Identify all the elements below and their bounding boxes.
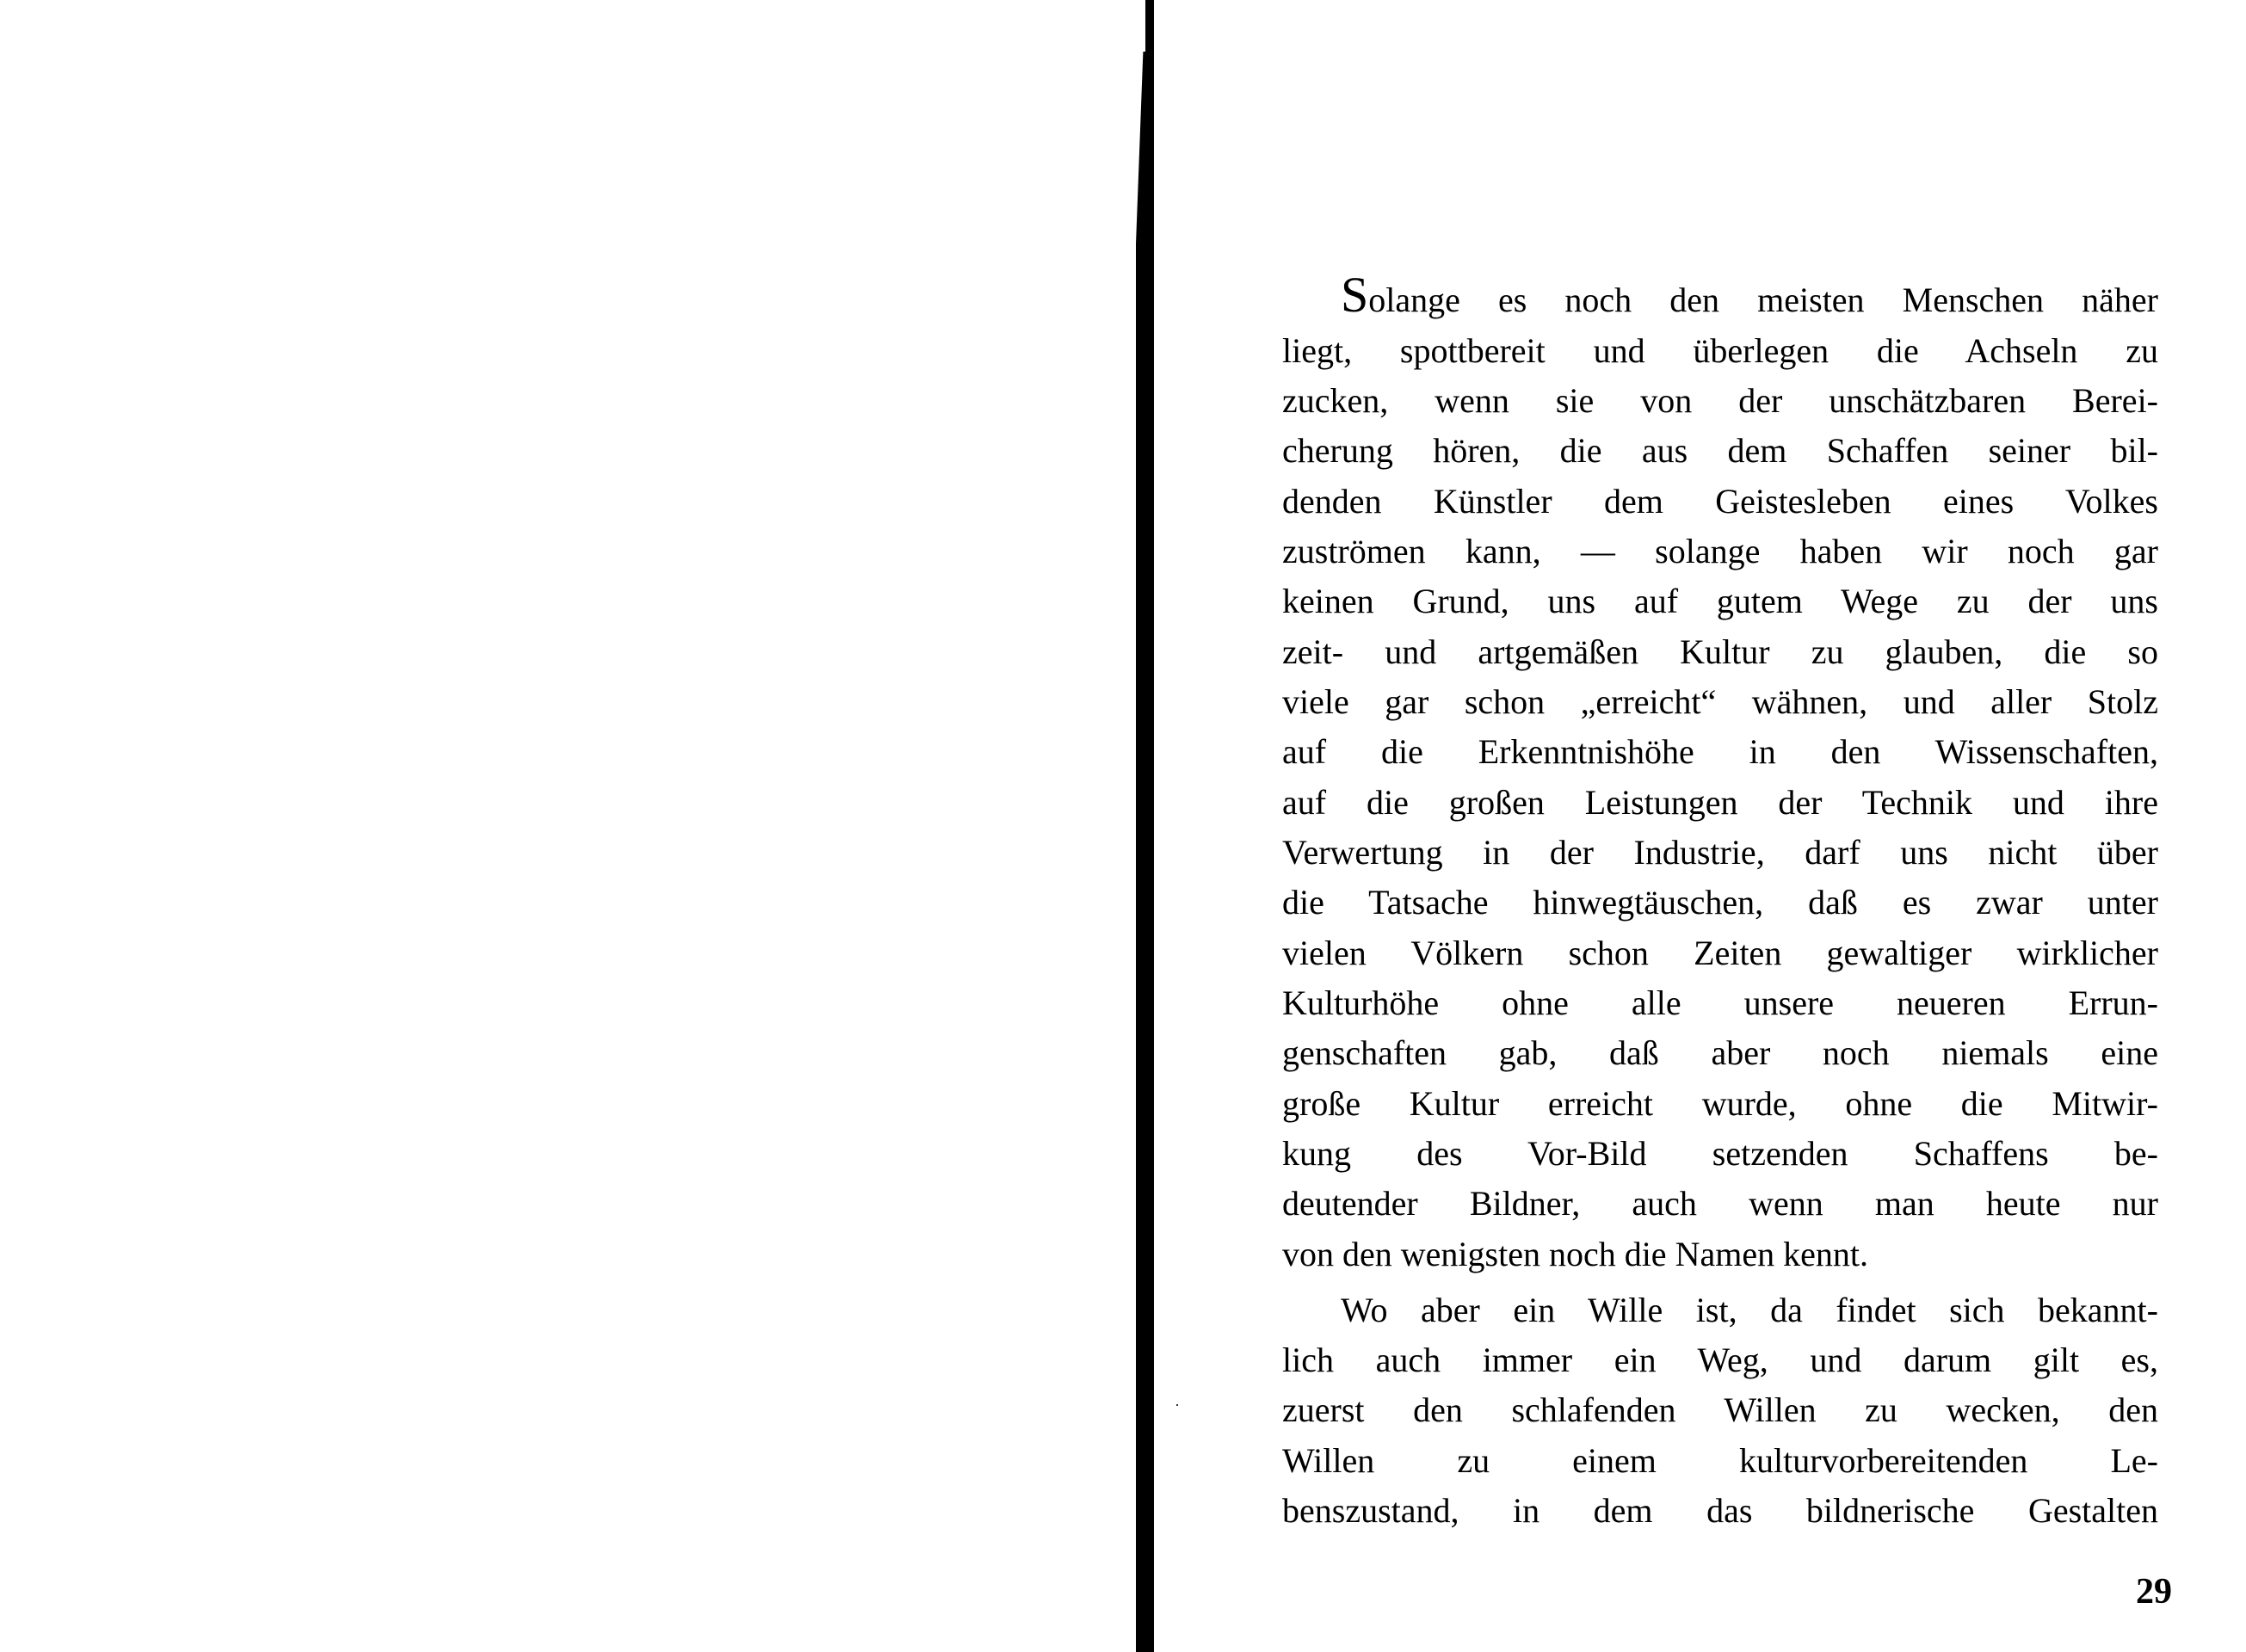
text-line: zucken, wenn sie von der unschätzbaren B… xyxy=(1282,376,2158,426)
left-page-blank xyxy=(0,0,1136,1652)
paper-speck xyxy=(1176,1404,1178,1406)
line-text: keinen Grund, uns auf gutem Wege zu der … xyxy=(1282,582,2158,620)
text-line: lich auch immer ein Weg, und darum gilt … xyxy=(1282,1335,2158,1385)
text-line: benszustand, in dem das bildnerische Ges… xyxy=(1282,1486,2158,1536)
text-line: viele gar schon „erreicht“ wähnen, und a… xyxy=(1282,677,2158,727)
text-line: keinen Grund, uns auf gutem Wege zu der … xyxy=(1282,576,2158,626)
line-text: zuerst den schlafenden Willen zu wecken,… xyxy=(1282,1390,2158,1429)
line-text: vielen Völkern schon Zeiten gewaltiger w… xyxy=(1282,934,2158,972)
line-text: Willen zu einem kulturvorbereitenden Le- xyxy=(1282,1441,2158,1480)
line-text: zuströmen kann, — solange haben wir noch… xyxy=(1282,532,2158,570)
line-text: viele gar schon „erreicht“ wähnen, und a… xyxy=(1282,682,2158,721)
text-line: von den wenigsten noch die Namen kennt. xyxy=(1282,1230,2158,1279)
text-line: vielen Völkern schon Zeiten gewaltiger w… xyxy=(1282,928,2158,978)
text-line: zuerst den schlafenden Willen zu wecken,… xyxy=(1282,1385,2158,1435)
text-line: große Kultur erreicht wurde, ohne die Mi… xyxy=(1282,1079,2158,1129)
binding-gutter xyxy=(1145,0,1154,1652)
page-number: 29 xyxy=(2129,1571,2172,1612)
text-line: liegt, spottbereit und überlegen die Ach… xyxy=(1282,326,2158,376)
line-text: lich auch immer ein Weg, und darum gilt … xyxy=(1282,1341,2158,1379)
line-text: zucken, wenn sie von der unschätzbaren B… xyxy=(1282,381,2158,420)
line-text: olange es noch den meisten Menschen nähe… xyxy=(1368,280,2158,319)
line-text: zeit- und artgemäßen Kultur zu glauben, … xyxy=(1282,632,2158,671)
text-line: cherung hören, die aus dem Schaffen sein… xyxy=(1282,426,2158,476)
text-line: Wo aber ein Wille ist, da findet sich be… xyxy=(1282,1285,2158,1335)
text-line: genschaften gab, daß aber noch niemals e… xyxy=(1282,1028,2158,1078)
line-text: auf die großen Leistungen der Technik un… xyxy=(1282,783,2158,822)
line-text: auf die Erkenntnishöhe in den Wissenscha… xyxy=(1282,732,2158,771)
text-line: zeit- und artgemäßen Kultur zu glauben, … xyxy=(1282,627,2158,677)
line-text: große Kultur erreicht wurde, ohne die Mi… xyxy=(1282,1084,2158,1123)
line-text: Wo aber ein Wille ist, da findet sich be… xyxy=(1341,1291,2158,1329)
text-line: Willen zu einem kulturvorbereitenden Le- xyxy=(1282,1436,2158,1486)
text-line: Verwertung in der Industrie, darf uns ni… xyxy=(1282,828,2158,878)
text-line: auf die großen Leistungen der Technik un… xyxy=(1282,778,2158,828)
line-text: Verwertung in der Industrie, darf uns ni… xyxy=(1282,833,2158,872)
line-text: von den wenigsten noch die Namen kennt. xyxy=(1282,1235,1868,1273)
line-text: kung des Vor-Bild setzenden Schaffens be… xyxy=(1282,1134,2158,1173)
line-text: denden Künstler dem Geistesleben eines V… xyxy=(1282,482,2158,521)
line-text: deutender Bildner, auch wenn man heute n… xyxy=(1282,1184,2158,1223)
line-text: die Tatsache hinwegtäuschen, daß es zwar… xyxy=(1282,883,2158,922)
text-line: deutender Bildner, auch wenn man heute n… xyxy=(1282,1179,2158,1229)
line-text: benszustand, in dem das bildnerische Ges… xyxy=(1282,1491,2158,1530)
drop-capital: S xyxy=(1341,267,1368,323)
text-line: Kulturhöhe ohne alle unsere neueren Erru… xyxy=(1282,978,2158,1028)
text-line: zuströmen kann, — solange haben wir noch… xyxy=(1282,527,2158,576)
line-text: Kulturhöhe ohne alle unsere neueren Erru… xyxy=(1282,983,2158,1022)
text-line: Solange es noch den meisten Menschen näh… xyxy=(1282,275,2158,325)
text-line: auf die Erkenntnishöhe in den Wissenscha… xyxy=(1282,727,2158,777)
line-text: liegt, spottbereit und überlegen die Ach… xyxy=(1282,331,2158,370)
line-text: cherung hören, die aus dem Schaffen sein… xyxy=(1282,431,2158,470)
text-line: kung des Vor-Bild setzenden Schaffens be… xyxy=(1282,1129,2158,1179)
line-text: genschaften gab, daß aber noch niemals e… xyxy=(1282,1033,2158,1072)
text-line: denden Künstler dem Geistesleben eines V… xyxy=(1282,477,2158,527)
text-line: die Tatsache hinwegtäuschen, daß es zwar… xyxy=(1282,878,2158,928)
